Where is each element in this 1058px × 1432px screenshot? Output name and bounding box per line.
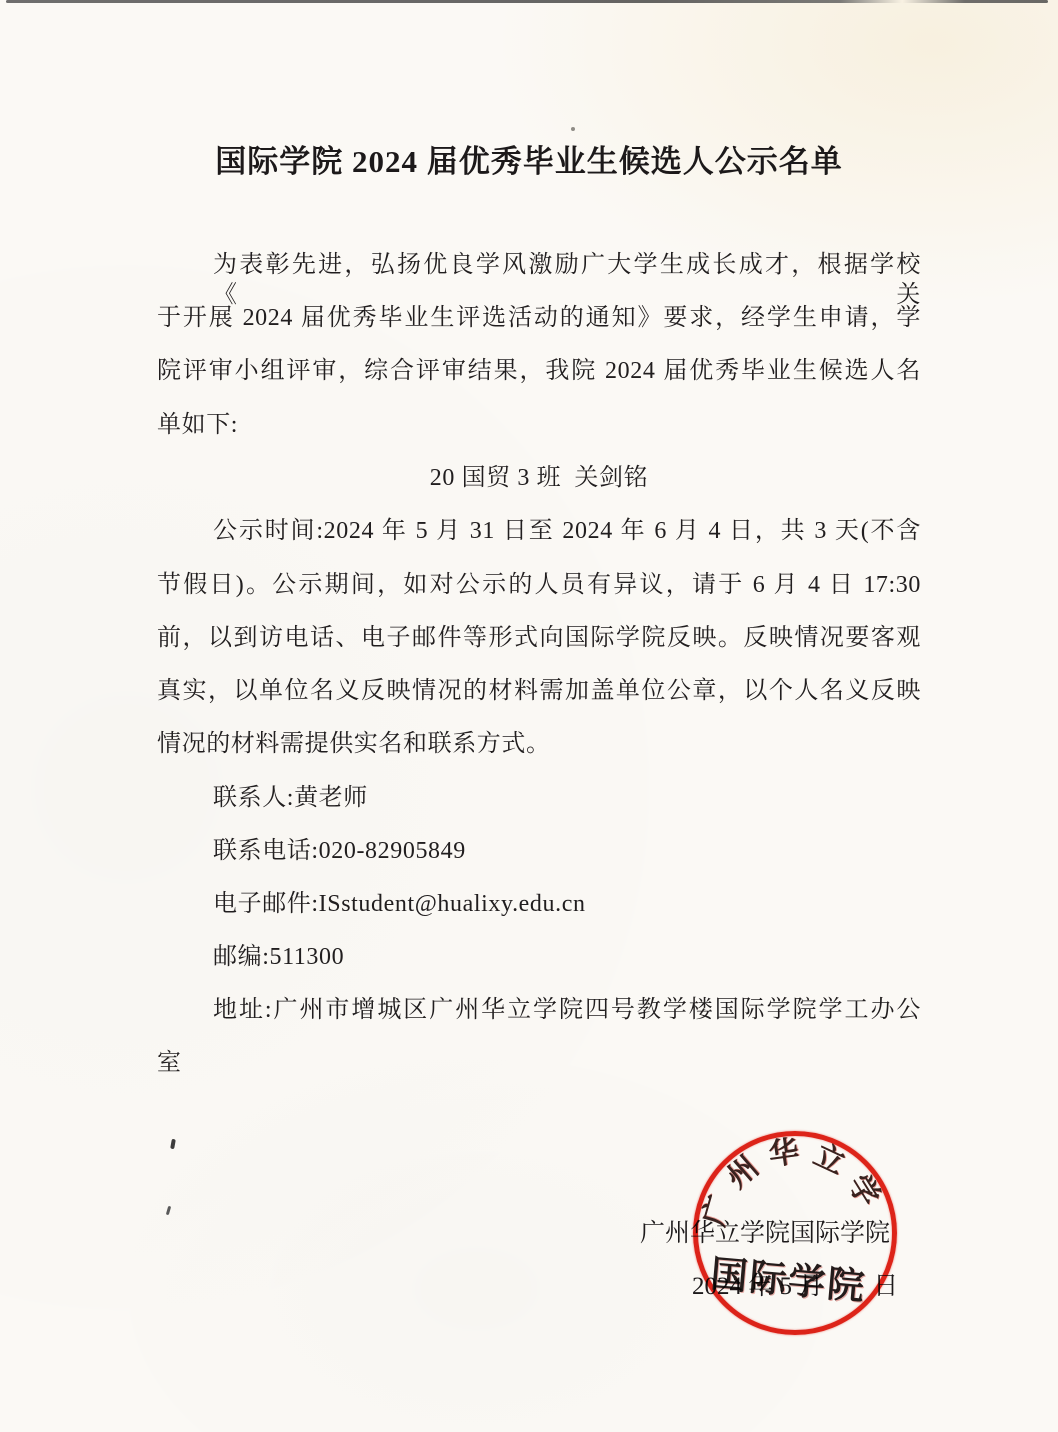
body-line: 单如下: <box>157 410 921 440</box>
address-line-continued: 室 <box>157 1048 921 1078</box>
postcode-line: 邮编:511300 <box>157 942 921 972</box>
body-line: 前，以到访电话、电子邮件等形式向国际学院反映。反映情况要客观 <box>157 623 921 653</box>
candidate-line: 20 国贸 3 班 关剑铭 <box>157 463 921 493</box>
contact-email-line: 电子邮件:ISstudent@hualixy.edu.cn <box>157 889 921 919</box>
scanned-document-page: 国际学院 2024 届优秀毕业生候选人公示名单 为表彰先进，弘扬优良学风激励广大… <box>0 0 1058 1432</box>
scan-edge-artifact <box>6 0 1048 3</box>
page-title: 国际学院 2024 届优秀毕业生候选人公示名单 <box>0 136 1058 181</box>
contact-person-line: 联系人:黄老师 <box>157 783 921 813</box>
contact-phone-line: 联系电话:020-82905849 <box>157 836 921 866</box>
body-line: 为表彰先进，弘扬优良学风激励广大学生成长成才，根据学校《关 <box>157 250 921 310</box>
address-line: 地址:广州市增城区广州华立学院四号教学楼国际学院学工办公 <box>157 995 921 1025</box>
body-line: 于开展 2024 届优秀毕业生评选活动的通知》要求，经学生申请，学 <box>157 303 921 333</box>
body-line: 情况的材料需提供实名和联系方式。 <box>157 729 921 759</box>
body-line: 院评审小组评审，综合评审结果，我院 2024 届优秀毕业生候选人名 <box>157 356 921 386</box>
ink-dot <box>571 127 575 131</box>
body-line: 真实，以单位名义反映情况的材料需加盖单位公章，以个人名义反映 <box>157 676 921 706</box>
ink-speck <box>166 1206 171 1215</box>
body-line: 节假日)。公示期间，如对公示的人员有异议，请于 6 月 4 日 17:30 <box>157 570 921 600</box>
ink-speck <box>170 1139 176 1150</box>
seal-arc-char: 华 <box>765 1135 803 1173</box>
official-seal: 广 州 华 立 学 国际学院 <box>693 1131 897 1335</box>
body-line: 公示时间:2024 年 5 月 31 日至 2024 年 6 月 4 日，共 3… <box>157 516 921 546</box>
